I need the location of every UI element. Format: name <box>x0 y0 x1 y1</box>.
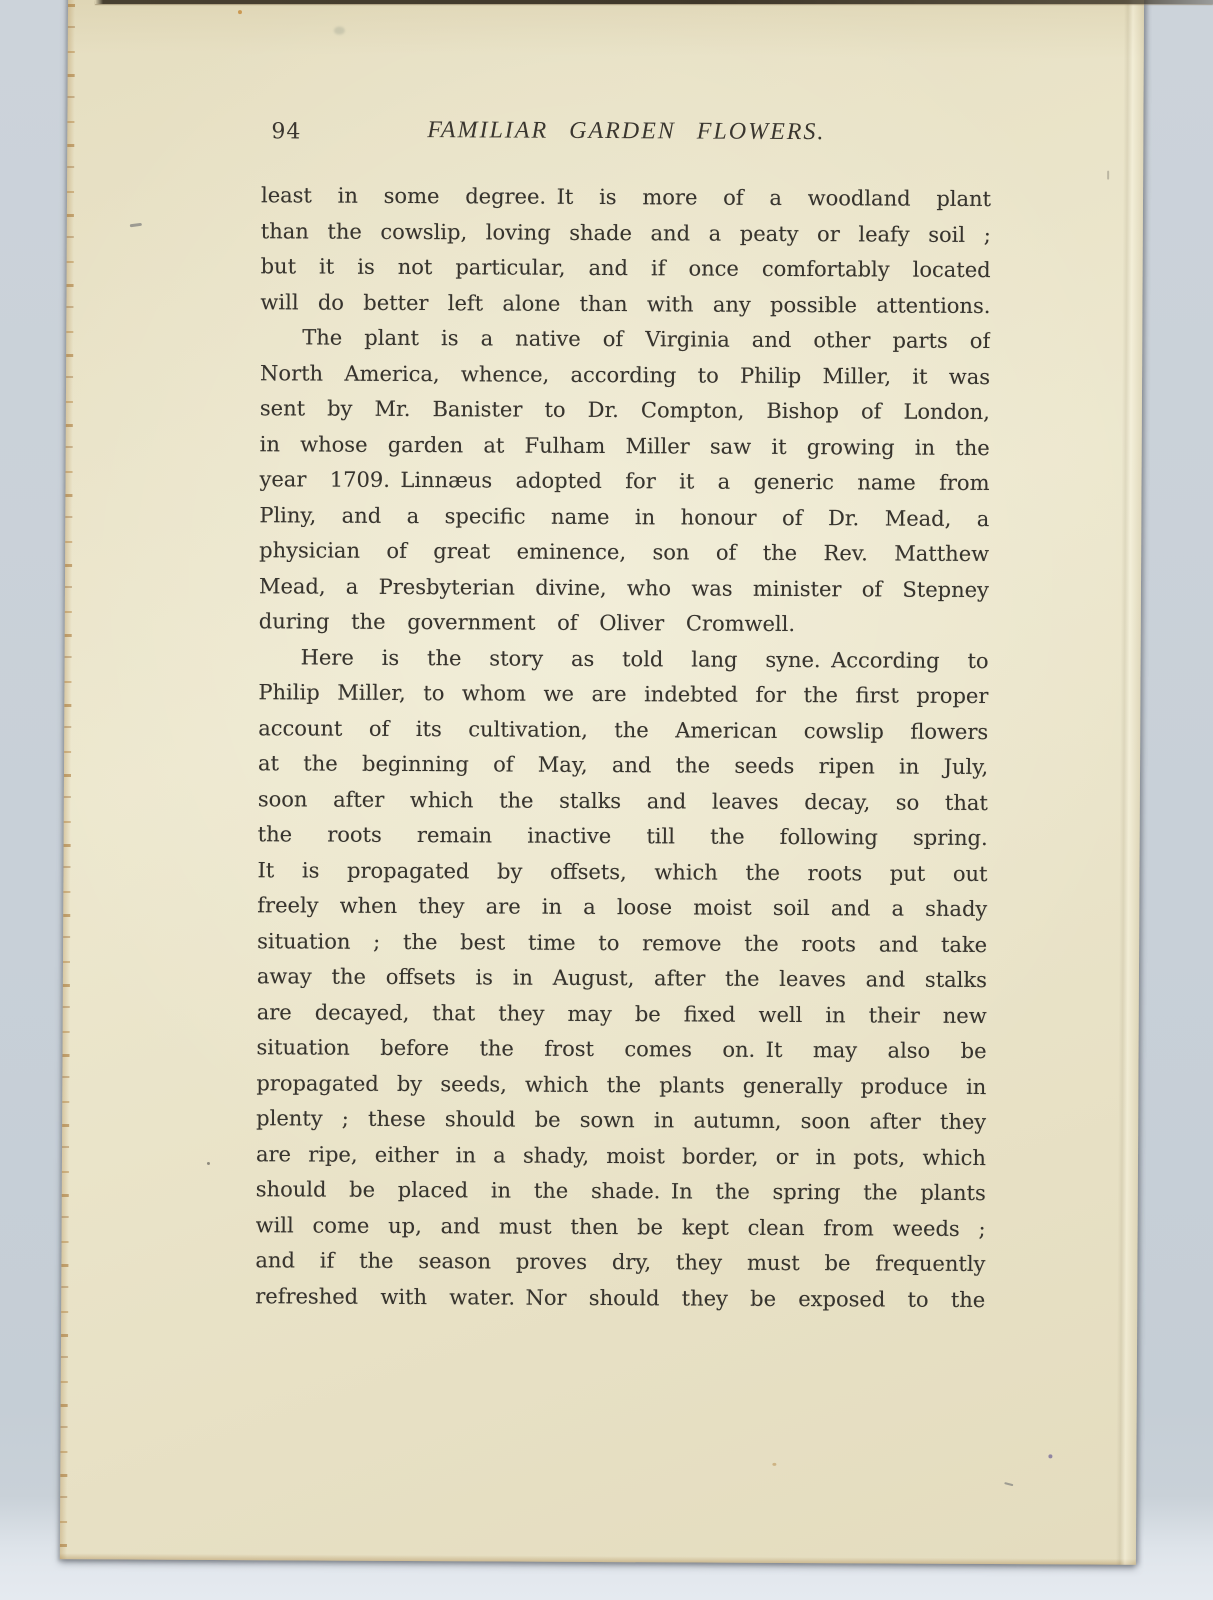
text-line: propagated by seeds, which the plants ge… <box>256 1066 986 1105</box>
text-line: The plant is a native of Virginia and ot… <box>260 320 990 359</box>
text-line: least in some degree. It is more of a wo… <box>261 178 991 217</box>
text-line: account of its cultivation, the American… <box>258 711 988 750</box>
text-line: at the beginning of May, and the seeds r… <box>258 746 988 785</box>
scan-backdrop: 94 FAMILIAR GARDEN FLOWERS. least in som… <box>0 0 1213 1600</box>
scan-speck <box>238 10 242 14</box>
text-line: situation ; the best time to remove the … <box>257 924 987 963</box>
page-body: least in some degree. It is more of a wo… <box>255 178 991 1318</box>
scan-speck <box>1107 171 1109 180</box>
page-bottom-edge <box>60 1553 1136 1565</box>
text-line: freely when they are in a loose moist so… <box>257 888 987 927</box>
scan-speck <box>772 1463 776 1466</box>
text-line: soon after which the stalks and leaves d… <box>258 782 988 821</box>
text-line: but it is not particular, and if once co… <box>261 249 991 288</box>
text-line: refreshed with water. Nor should they be… <box>255 1279 985 1318</box>
text-line: Mead, a Presbyterian divine, who was min… <box>259 569 989 608</box>
text-line: the roots remain inactive till the follo… <box>258 817 988 856</box>
text-line: are decayed, that they may be fixed well… <box>257 995 987 1034</box>
text-line: Here is the story as told lang syne. Acc… <box>259 640 989 679</box>
text-line: situation before the frost comes on. It … <box>256 1030 986 1069</box>
scan-speck <box>207 1162 210 1165</box>
text-line: will do better left alone than with any … <box>260 285 990 324</box>
running-title: FAMILIAR GARDEN FLOWERS. <box>261 116 991 147</box>
page-number: 94 <box>271 119 301 144</box>
text-line: in whose garden at Fulham Miller saw it … <box>260 427 990 466</box>
text-line: year 1709. Linnæus adopted for it a gene… <box>259 462 989 501</box>
text-line: sent by Mr. Banister to Dr. Compton, Bis… <box>260 391 990 430</box>
text-line: and if the season proves dry, they must … <box>255 1243 985 1282</box>
book-top-edge <box>95 0 1213 4</box>
page-header: 94 FAMILIAR GARDEN FLOWERS. <box>261 116 991 154</box>
paragraph: The plant is a native of Virginia and ot… <box>259 320 991 643</box>
scan-speck <box>334 27 345 35</box>
text-line: Pliny, and a specific name in honour of … <box>259 498 989 537</box>
paragraph: least in some degree. It is more of a wo… <box>260 178 991 324</box>
page-right-edge <box>1116 0 1144 1565</box>
text-line: It is propagated by offsets, which the r… <box>257 853 987 892</box>
text-line: plenty ; these should be sown in autumn,… <box>256 1101 986 1140</box>
paragraph: Here is the story as told lang syne. Acc… <box>255 640 989 1318</box>
text-line: North America, whence, according to Phil… <box>260 356 990 395</box>
text-line: physician of great eminence, son of the … <box>259 533 989 572</box>
text-line: than the cowslip, loving shade and a pea… <box>261 214 991 253</box>
text-line: should be placed in the shade. In the sp… <box>256 1172 986 1211</box>
text-line: during the government of Oliver Cromwell… <box>259 604 989 643</box>
book-page: 94 FAMILIAR GARDEN FLOWERS. least in som… <box>60 0 1144 1565</box>
scan-speck <box>1004 1482 1013 1486</box>
text-line: are ripe, either in a shady, moist borde… <box>256 1137 986 1176</box>
scan-speck <box>1048 1454 1052 1458</box>
text-line: Philip Miller, to whom we are indebted f… <box>258 675 988 714</box>
text-line: away the offsets is in August, after the… <box>257 959 987 998</box>
text-line: will come up, and must then be kept clea… <box>256 1208 986 1247</box>
scan-speck <box>130 223 142 228</box>
page-left-edge <box>60 0 75 1559</box>
